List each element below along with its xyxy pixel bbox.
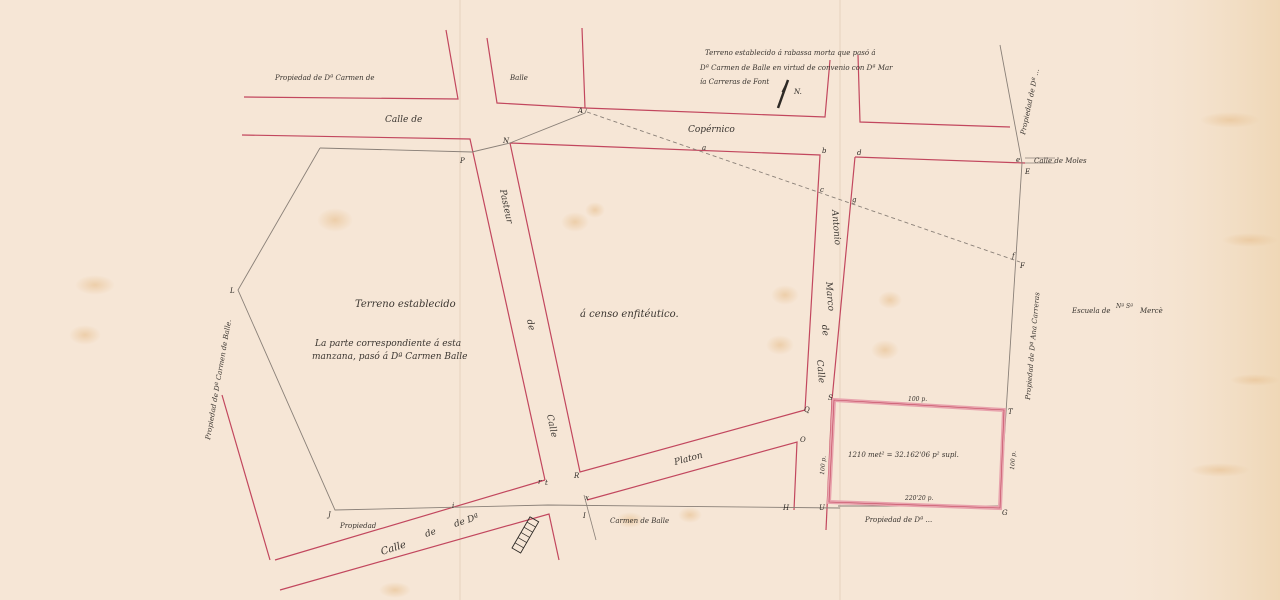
- point-t: t: [545, 479, 548, 487]
- point-c: c: [820, 186, 824, 194]
- point-x: x: [585, 494, 589, 502]
- street-copernico: Copérnico: [688, 124, 735, 135]
- property-escuela-cont: Mercè: [1139, 307, 1163, 315]
- point-P: P: [459, 157, 465, 165]
- note-top-line1: Terreno establecido á rabassa morta que …: [705, 49, 876, 57]
- street-calle-de: Calle de: [385, 115, 422, 125]
- point-a: a: [702, 144, 706, 152]
- cadastral-map: N. Terreno establecido á rabassa morta q…: [0, 0, 1280, 600]
- note-left-line2: manzana, pasó á Dª Carmen Balle: [312, 351, 467, 362]
- lot-top-dim: 100 p.: [908, 396, 927, 403]
- note-left-line1: La parte correspondiente á esta: [314, 338, 461, 349]
- street-marco-de: de: [819, 324, 830, 336]
- property-bottom-right: Propiedad de Dª ...: [864, 516, 932, 524]
- lot-area: 1210 met² = 32.162'06 p² supl.: [848, 451, 959, 459]
- point-O: O: [800, 436, 806, 444]
- point-H: H: [782, 504, 790, 512]
- point-L: L: [229, 287, 235, 295]
- note-center-title-cont: á censo enfitéutico.: [580, 309, 679, 320]
- map-canvas: N. Terreno establecido á rabassa morta q…: [0, 0, 1280, 600]
- property-escuela: Escuela de: [1071, 307, 1111, 315]
- point-b: b: [822, 147, 827, 155]
- point-e: e: [1016, 156, 1020, 164]
- point-A: A: [577, 107, 583, 115]
- street-calle-de-moles: Calle de Moles: [1034, 157, 1087, 165]
- point-i: i: [452, 502, 454, 510]
- note-top-line2: Dª Carmen de Balle en virtud de convenio…: [699, 64, 893, 72]
- property-bottom-left: Propiedad: [339, 522, 377, 530]
- point-g: g: [852, 196, 857, 204]
- property-top-left: Propiedad de Dª Carmen de: [274, 74, 375, 82]
- point-S: S: [828, 394, 833, 402]
- point-G: G: [1002, 509, 1008, 517]
- note-top-line3: ía Carreras de Font: [700, 78, 769, 86]
- property-escuela-super: Nª Sª: [1115, 303, 1133, 310]
- point-E: E: [1024, 168, 1030, 176]
- lot-bottom-dim: 220'20 p.: [904, 495, 933, 502]
- point-R: R: [573, 472, 580, 480]
- property-top-left-cont: Balle: [509, 74, 528, 82]
- north-label: N.: [793, 88, 802, 96]
- street-marco-calle: Calle: [814, 359, 826, 383]
- point-Q: Q: [804, 406, 810, 414]
- point-I: I: [582, 512, 586, 520]
- point-d: d: [857, 149, 862, 157]
- paper-texture: [0, 0, 1280, 600]
- property-bottom-mid: Carmen de Balle: [610, 517, 669, 525]
- point-N: N: [502, 137, 510, 145]
- note-center-title: Terreno establecido: [355, 299, 456, 310]
